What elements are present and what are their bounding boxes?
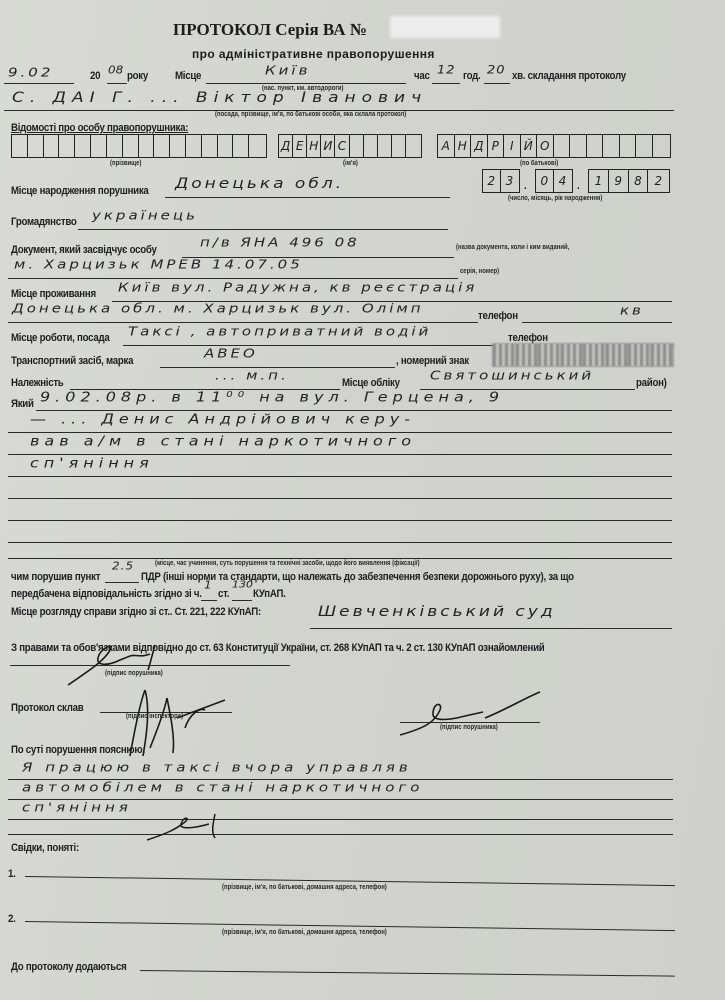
letter-box[interactable] — [44, 135, 60, 157]
letter-box[interactable]: Й — [521, 135, 538, 157]
year-prefix: 20 — [90, 70, 100, 82]
violation-line[interactable]: сп'яніння — [30, 455, 154, 471]
explanation-label: По суті порушення пояснюю: — [11, 744, 145, 756]
letter-box[interactable] — [218, 135, 234, 157]
patronymic-caption: (по батькові) — [520, 160, 558, 167]
place-label: Місце — [175, 70, 201, 82]
letter-box[interactable] — [636, 135, 653, 157]
witness-number: 1. — [8, 868, 16, 880]
plate-redacted — [492, 343, 674, 367]
letter-box[interactable] — [570, 135, 587, 157]
registry-caption: район) — [636, 377, 667, 389]
letter-box[interactable] — [186, 135, 202, 157]
place-value[interactable]: Київ — [265, 63, 310, 78]
protocol-subtitle: про адміністративне правопорушення — [192, 47, 435, 61]
letter-box[interactable] — [603, 135, 620, 157]
explanation-line[interactable]: Я працюю в таксі вчора управляв — [22, 760, 412, 775]
citizenship-label: Громадянство — [11, 216, 77, 228]
offender-section-label: Відомості про особу правопорушника: — [11, 122, 188, 134]
year-suffix[interactable]: 08 — [108, 64, 123, 76]
rule-prefix: чим порушив пункт — [11, 571, 100, 583]
hour-label: год. — [463, 70, 480, 82]
document-caption-2: серія, номер) — [460, 268, 499, 275]
letter-box[interactable]: А — [438, 135, 455, 157]
vehicle-brand-label: Транспортний засіб, марка — [11, 355, 133, 367]
letter-box[interactable]: И — [321, 135, 335, 157]
letter-box[interactable]: 3 — [501, 170, 519, 192]
officer-value[interactable]: С. ДАІ Г. ... Віктор Іванович — [12, 89, 427, 106]
letter-box[interactable]: 2 — [648, 170, 668, 192]
vehicle-brand-value[interactable]: АВЕО — [204, 346, 258, 361]
birth-date-caption: (число, місяць, рік народження) — [508, 195, 602, 202]
letter-box[interactable]: 2 — [483, 170, 501, 192]
document-value-1[interactable]: п/в ЯНА 496 08 — [200, 235, 360, 250]
letter-box[interactable]: Р — [488, 135, 505, 157]
rule-point[interactable]: 2.5 — [112, 560, 134, 572]
citizenship-value[interactable]: українець — [92, 208, 198, 223]
letter-box[interactable]: Н — [307, 135, 321, 157]
violation-caption: (місце, час учинення, суть порушення та … — [155, 560, 420, 567]
document-label: Документ, який засвідчує особу — [11, 244, 157, 256]
letter-box[interactable] — [91, 135, 107, 157]
letter-box[interactable] — [139, 135, 155, 157]
document-caption-1: (назва документа, коли і ким виданий, — [456, 244, 569, 251]
letter-box[interactable]: О — [537, 135, 554, 157]
birth-year-boxes[interactable]: 1982 — [588, 169, 670, 193]
letter-box[interactable]: Д — [279, 135, 293, 157]
letter-box[interactable]: 9 — [609, 170, 629, 192]
letter-box[interactable] — [653, 135, 670, 157]
registry-value[interactable]: Святошинський — [430, 368, 594, 383]
letter-box[interactable] — [12, 135, 28, 157]
letter-box[interactable]: 1 — [589, 170, 609, 192]
letter-box[interactable] — [123, 135, 139, 157]
liability-code: КУпАП. — [253, 588, 286, 600]
name-boxes[interactable]: ДЕНИС — [278, 134, 422, 158]
birth-place-label: Місце народження порушника — [11, 185, 149, 197]
phone-value-1[interactable]: кв — [620, 303, 644, 318]
registry-label: Місце обліку — [342, 377, 400, 389]
offender-signature-2 — [395, 690, 545, 740]
letter-box[interactable] — [554, 135, 571, 157]
liability-prefix: передбачена відповідальність згідно зі ч… — [11, 588, 202, 600]
witness-number: 2. — [8, 913, 16, 925]
document-value-2[interactable]: м. Харцизьк МРЕВ 14.07.05 — [14, 257, 303, 272]
violation-line[interactable]: 9.02.08р. в 11⁰⁰ на вул. Герцена, 9 — [40, 389, 504, 405]
letter-box[interactable] — [202, 135, 218, 157]
letter-box[interactable] — [587, 135, 604, 157]
letter-box[interactable]: С — [335, 135, 349, 157]
letter-box[interactable] — [406, 135, 420, 157]
violation-line[interactable]: — ... Денис Андрійович керу- — [30, 411, 415, 427]
phone-label-1: телефон — [478, 310, 518, 322]
letter-box[interactable] — [28, 135, 44, 157]
work-value[interactable]: Таксі , автоприватний водій — [128, 324, 431, 339]
letter-box[interactable] — [620, 135, 637, 157]
review-place-value[interactable]: Шевченківський суд — [318, 603, 556, 620]
offender-signature-1 — [60, 640, 180, 690]
explanation-line[interactable]: автомобілем в стані наркотичного — [22, 780, 423, 795]
letter-box[interactable] — [233, 135, 249, 157]
minute-label: хв. складання протоколу — [512, 70, 626, 82]
witness-caption: (прізвище, ім'я, по батькові, домашня ад… — [222, 884, 387, 891]
surname-caption: (прізвище) — [110, 160, 141, 167]
explanation-signature — [145, 812, 255, 842]
letter-box[interactable]: 8 — [629, 170, 649, 192]
letter-box[interactable]: Н — [455, 135, 472, 157]
protocol-title: ПРОТОКОЛ Серія ВА № — [173, 20, 367, 40]
liability-article-label: ст. — [218, 588, 229, 600]
letter-box[interactable] — [170, 135, 186, 157]
offender-signature-caption-2: (підпис порушника) — [440, 724, 498, 731]
witness-caption: (прізвище, ім'я, по батькові, домашня ад… — [222, 929, 387, 936]
violation-line[interactable]: вав а/м в стані наркотичного — [30, 433, 416, 449]
letter-box[interactable]: Е — [293, 135, 307, 157]
letter-box[interactable] — [249, 135, 265, 157]
explanation-line[interactable]: сп'яніння — [22, 800, 132, 815]
birth-month-boxes[interactable]: 04 — [535, 169, 573, 193]
surname-boxes[interactable] — [11, 134, 267, 158]
letter-box[interactable] — [107, 135, 123, 157]
review-place-label: Місце розгляду справи згідно зі ст.. Ст.… — [11, 606, 261, 618]
birth-place-value[interactable]: Донецька обл. — [175, 175, 344, 192]
attachments-field[interactable] — [140, 970, 675, 977]
letter-box[interactable] — [364, 135, 378, 157]
name-caption: (ім'я) — [343, 160, 358, 167]
letter-box[interactable] — [59, 135, 75, 157]
owner-value[interactable]: ... м.п. — [215, 368, 289, 383]
letter-box[interactable] — [392, 135, 406, 157]
letter-box[interactable] — [75, 135, 91, 157]
letter-box[interactable]: Д — [471, 135, 488, 157]
which-label: Який — [11, 398, 34, 410]
residence-value-1[interactable]: Київ вул. Радужна, кв реєстрація — [118, 280, 477, 295]
date-day-month[interactable]: 9.02 — [8, 65, 53, 80]
offender-signature-caption-1: (підпис порушника) — [105, 670, 163, 677]
series-number-redacted — [390, 16, 500, 38]
letter-box[interactable]: 0 — [536, 170, 554, 192]
letter-box[interactable]: 4 — [554, 170, 572, 192]
liability-article[interactable]: 130 — [232, 579, 253, 590]
residence-label: Місце проживання — [11, 288, 96, 300]
witnesses-label: Свідки, поняті: — [11, 842, 79, 854]
year-label: року — [127, 70, 148, 82]
time-label: час — [414, 70, 430, 82]
patronymic-boxes[interactable]: АНДРІЙО — [437, 134, 671, 158]
owner-label: Належність — [11, 377, 63, 389]
attachments-label: До протоколу додаються — [11, 961, 126, 973]
work-label: Місце роботи, посада — [11, 332, 109, 344]
letter-box[interactable]: І — [504, 135, 521, 157]
officer-caption: (посада, прізвище, ім'я, по батькові осо… — [215, 111, 406, 118]
protocol-compiled-label: Протокол склав — [11, 702, 83, 714]
plate-label: , номерний знак — [396, 355, 469, 367]
inspector-signature-caption: (підпис інспектора) — [126, 713, 183, 720]
residence-value-2[interactable]: Донецька обл. м. Харцизьк вул. Олімп — [12, 301, 424, 316]
minute-value[interactable]: 20 — [487, 64, 506, 77]
letter-box[interactable] — [154, 135, 170, 157]
liability-part[interactable]: 1 — [204, 579, 215, 591]
letter-box[interactable] — [350, 135, 364, 157]
letter-box[interactable] — [378, 135, 392, 157]
hour-value[interactable]: 12 — [437, 64, 456, 77]
birth-day-boxes[interactable]: 23 — [482, 169, 520, 193]
